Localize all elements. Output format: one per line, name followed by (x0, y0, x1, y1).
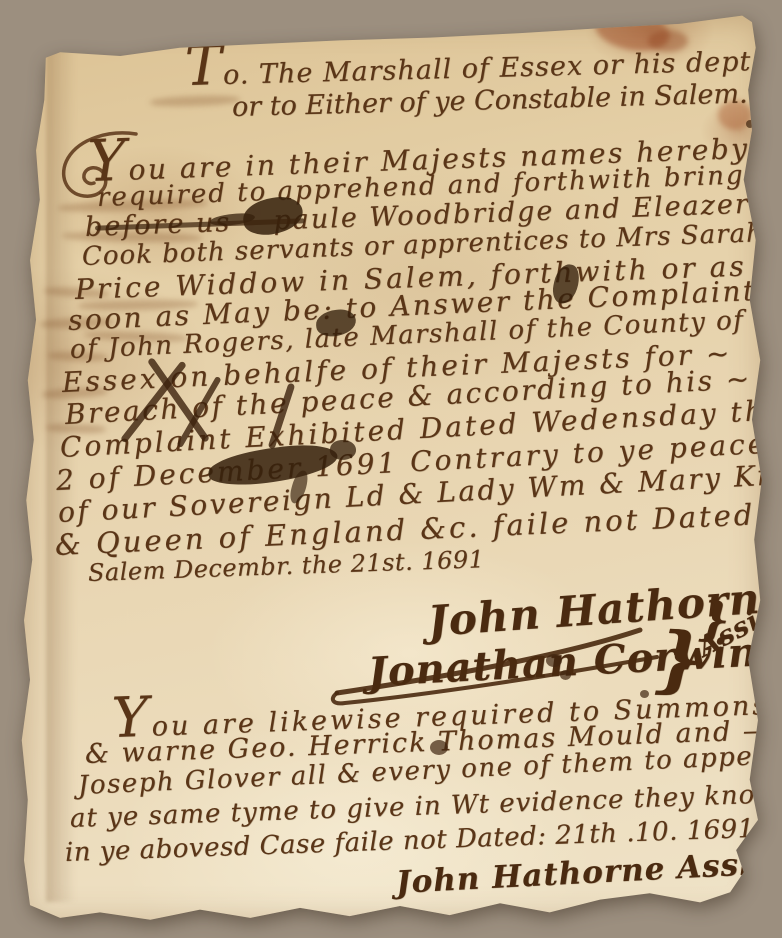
ink-spot (430, 740, 448, 755)
ink-spot (560, 670, 571, 680)
photo-background: To. The Marshall of Essex or his dept or… (0, 0, 782, 938)
initial-y-flourish (50, 128, 150, 218)
ink-spot (546, 654, 562, 667)
ink-spot (760, 130, 765, 135)
ink-spot (640, 690, 649, 698)
paper-shadow-wrap: To. The Marshall of Essex or his dept or… (0, 0, 782, 938)
signature-flourish (285, 615, 705, 715)
ink-spot (746, 120, 754, 128)
manuscript-paper: To. The Marshall of Essex or his dept or… (18, 12, 770, 928)
